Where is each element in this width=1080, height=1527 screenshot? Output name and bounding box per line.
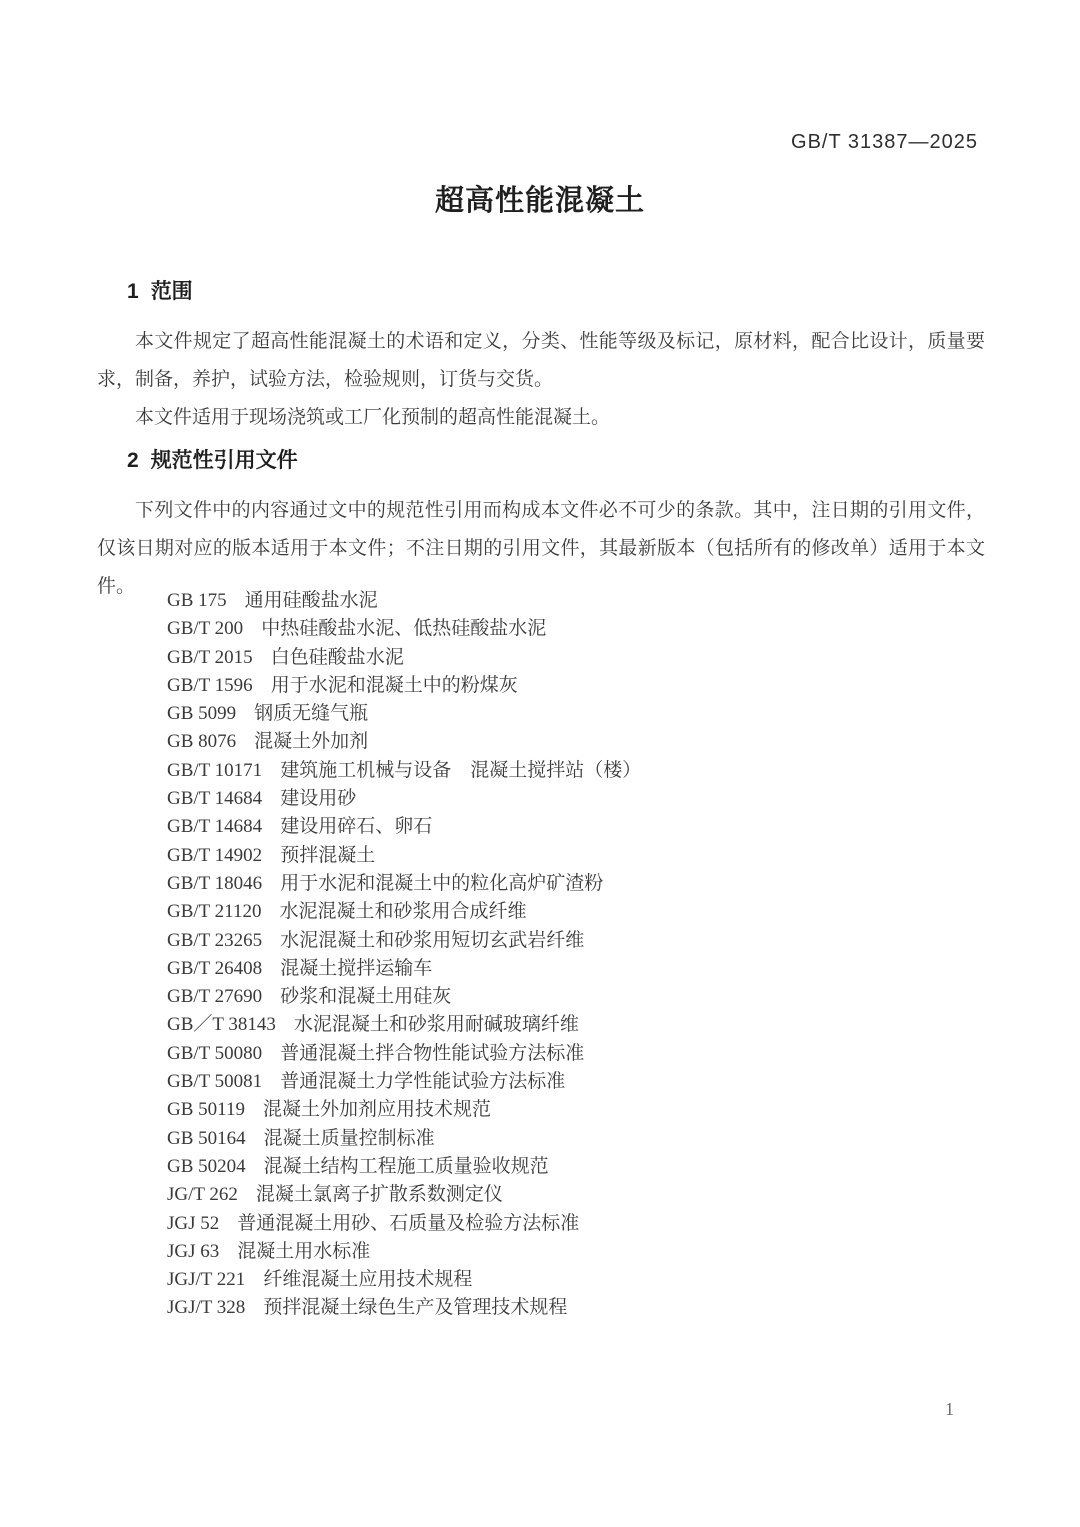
reference-item: GB/T 14684建设用碎石、卵石 (167, 813, 985, 841)
reference-item: GB/T 18046用于水泥和混凝土中的粒化高炉矿渣粉 (167, 870, 985, 898)
reference-title: 混凝土外加剂应用技术规范 (263, 1099, 491, 1120)
document-page: GB/T 31387—2025 超高性能混凝土 1范围 本文件规定了超高性能混凝… (0, 0, 1080, 1527)
section-scope: 1范围 本文件规定了超高性能混凝土的术语和定义，分类、性能等级及标记，原材料，配… (97, 281, 985, 437)
reference-code: GB/T 14684 (167, 788, 262, 809)
reference-item: GB/T 26408混凝土搅拌运输车 (167, 955, 985, 983)
reference-title: 砂浆和混凝土用硅灰 (280, 986, 451, 1007)
reference-title: 普通混凝土用砂、石质量及检验方法标准 (237, 1213, 579, 1234)
reference-title: 水泥混凝土和砂浆用耐碱玻璃纤维 (294, 1014, 579, 1035)
reference-title: 通用硅酸盐水泥 (245, 590, 378, 611)
reference-item: GB/T 21120水泥混凝土和砂浆用合成纤维 (167, 898, 985, 926)
reference-title: 中热硅酸盐水泥、低热硅酸盐水泥 (261, 618, 546, 639)
scope-paragraph-2: 本文件适用于现场浇筑或工厂化预制的超高性能混凝土。 (97, 399, 985, 437)
reference-item: GB/T 14902预拌混凝土 (167, 842, 985, 870)
reference-item: GB/T 50080普通混凝土拌合物性能试验方法标准 (167, 1040, 985, 1068)
reference-code: GB 50119 (167, 1099, 245, 1120)
reference-code: GB/T 2015 (167, 647, 253, 668)
reference-title: 混凝土搅拌运输车 (280, 958, 432, 979)
reference-code: JGJ/T 328 (167, 1297, 245, 1318)
reference-title: 水泥混凝土和砂浆用短切玄武岩纤维 (280, 930, 584, 951)
reference-item: GB 50119混凝土外加剂应用技术规范 (167, 1096, 985, 1124)
page-content: 1范围 本文件规定了超高性能混凝土的术语和定义，分类、性能等级及标记，原材料，配… (97, 0, 985, 1323)
reference-item: JGJ/T 328预拌混凝土绿色生产及管理技术规程 (167, 1294, 985, 1322)
reference-code: GB/T 18046 (167, 873, 262, 894)
reference-code: GB/T 50080 (167, 1043, 262, 1064)
reference-code: JGJ 63 (167, 1241, 219, 1262)
reference-title: 纤维混凝土应用技术规程 (263, 1269, 472, 1290)
section-2-heading: 2规范性引用文件 (127, 450, 985, 472)
reference-item: GB/T 27690砂浆和混凝土用硅灰 (167, 983, 985, 1011)
reference-code: GB 175 (167, 590, 227, 611)
reference-item: GB 175通用硅酸盐水泥 (167, 587, 985, 615)
reference-title: 混凝土用水标准 (237, 1241, 370, 1262)
reference-code: GB/T 14684 (167, 816, 262, 837)
section-1-label: 范围 (151, 280, 193, 303)
reference-code: GB 50204 (167, 1156, 246, 1177)
reference-code: GB／T 38143 (167, 1014, 276, 1035)
reference-item: GB/T 23265水泥混凝土和砂浆用短切玄武岩纤维 (167, 927, 985, 955)
reference-title: 建设用碎石、卵石 (280, 816, 432, 837)
reference-item: GB 5099钢质无缝气瓶 (167, 700, 985, 728)
reference-item: GB/T 2015白色硅酸盐水泥 (167, 644, 985, 672)
reference-item: JGJ/T 221纤维混凝土应用技术规程 (167, 1266, 985, 1294)
scope-paragraph-1: 本文件规定了超高性能混凝土的术语和定义，分类、性能等级及标记，原材料，配合比设计… (97, 323, 985, 399)
reference-code: JG/T 262 (167, 1184, 238, 1205)
reference-title: 水泥混凝土和砂浆用合成纤维 (279, 901, 526, 922)
reference-title: 混凝土外加剂 (254, 731, 368, 752)
reference-item: JGJ 52普通混凝土用砂、石质量及检验方法标准 (167, 1210, 985, 1238)
reference-code: GB/T 27690 (167, 986, 262, 1007)
reference-code: JGJ 52 (167, 1213, 219, 1234)
reference-code: GB 5099 (167, 703, 236, 724)
reference-title: 建设用砂 (280, 788, 356, 809)
reference-item: GB 50204混凝土结构工程施工质量验收规范 (167, 1153, 985, 1181)
reference-item: GB/T 10171建筑施工机械与设备 混凝土搅拌站（楼） (167, 757, 985, 785)
reference-title: 预拌混凝土绿色生产及管理技术规程 (263, 1297, 567, 1318)
reference-item: JGJ 63混凝土用水标准 (167, 1238, 985, 1266)
reference-title: 白色硅酸盐水泥 (271, 647, 404, 668)
reference-code: GB/T 200 (167, 618, 243, 639)
section-2-number: 2 (127, 449, 139, 472)
reference-item: JG/T 262混凝土氯离子扩散系数测定仪 (167, 1181, 985, 1209)
reference-code: GB/T 50081 (167, 1071, 262, 1092)
reference-title: 用于水泥和混凝土中的粒化高炉矿渣粉 (280, 873, 603, 894)
reference-title: 普通混凝土拌合物性能试验方法标准 (280, 1043, 584, 1064)
references-list: GB 175通用硅酸盐水泥 GB/T 200中热硅酸盐水泥、低热硅酸盐水泥 GB… (167, 587, 985, 1323)
reference-title: 建筑施工机械与设备 混凝土搅拌站（楼） (280, 760, 641, 781)
reference-code: GB/T 26408 (167, 958, 262, 979)
section-normative-references: 2规范性引用文件 下列文件中的内容通过文中的规范性引用而构成本文件必不可少的条款… (97, 450, 985, 1323)
reference-code: GB/T 10171 (167, 760, 262, 781)
reference-item: GB/T 200中热硅酸盐水泥、低热硅酸盐水泥 (167, 615, 985, 643)
reference-title: 混凝土结构工程施工质量验收规范 (264, 1156, 549, 1177)
reference-item: GB／T 38143水泥混凝土和砂浆用耐碱玻璃纤维 (167, 1011, 985, 1039)
reference-code: GB/T 21120 (167, 901, 261, 922)
section-1-heading: 1范围 (127, 281, 985, 303)
reference-item: GB 50164混凝土质量控制标准 (167, 1125, 985, 1153)
reference-item: GB/T 50081普通混凝土力学性能试验方法标准 (167, 1068, 985, 1096)
reference-code: GB/T 14902 (167, 845, 262, 866)
reference-code: GB 50164 (167, 1128, 246, 1149)
reference-item: GB/T 1596用于水泥和混凝土中的粉煤灰 (167, 672, 985, 700)
reference-title: 用于水泥和混凝土中的粉煤灰 (271, 675, 518, 696)
page-number: 1 (945, 1399, 954, 1420)
reference-code: GB 8076 (167, 731, 236, 752)
reference-item: GB/T 14684建设用砂 (167, 785, 985, 813)
reference-title: 普通混凝土力学性能试验方法标准 (280, 1071, 565, 1092)
reference-code: JGJ/T 221 (167, 1269, 245, 1290)
reference-title: 预拌混凝土 (280, 845, 375, 866)
reference-code: GB/T 1596 (167, 675, 253, 696)
reference-item: GB 8076混凝土外加剂 (167, 728, 985, 756)
reference-title: 钢质无缝气瓶 (254, 703, 368, 724)
reference-code: GB/T 23265 (167, 930, 262, 951)
section-2-label: 规范性引用文件 (151, 449, 298, 472)
section-1-number: 1 (127, 280, 139, 303)
reference-title: 混凝土氯离子扩散系数测定仪 (256, 1184, 503, 1205)
reference-title: 混凝土质量控制标准 (264, 1128, 435, 1149)
